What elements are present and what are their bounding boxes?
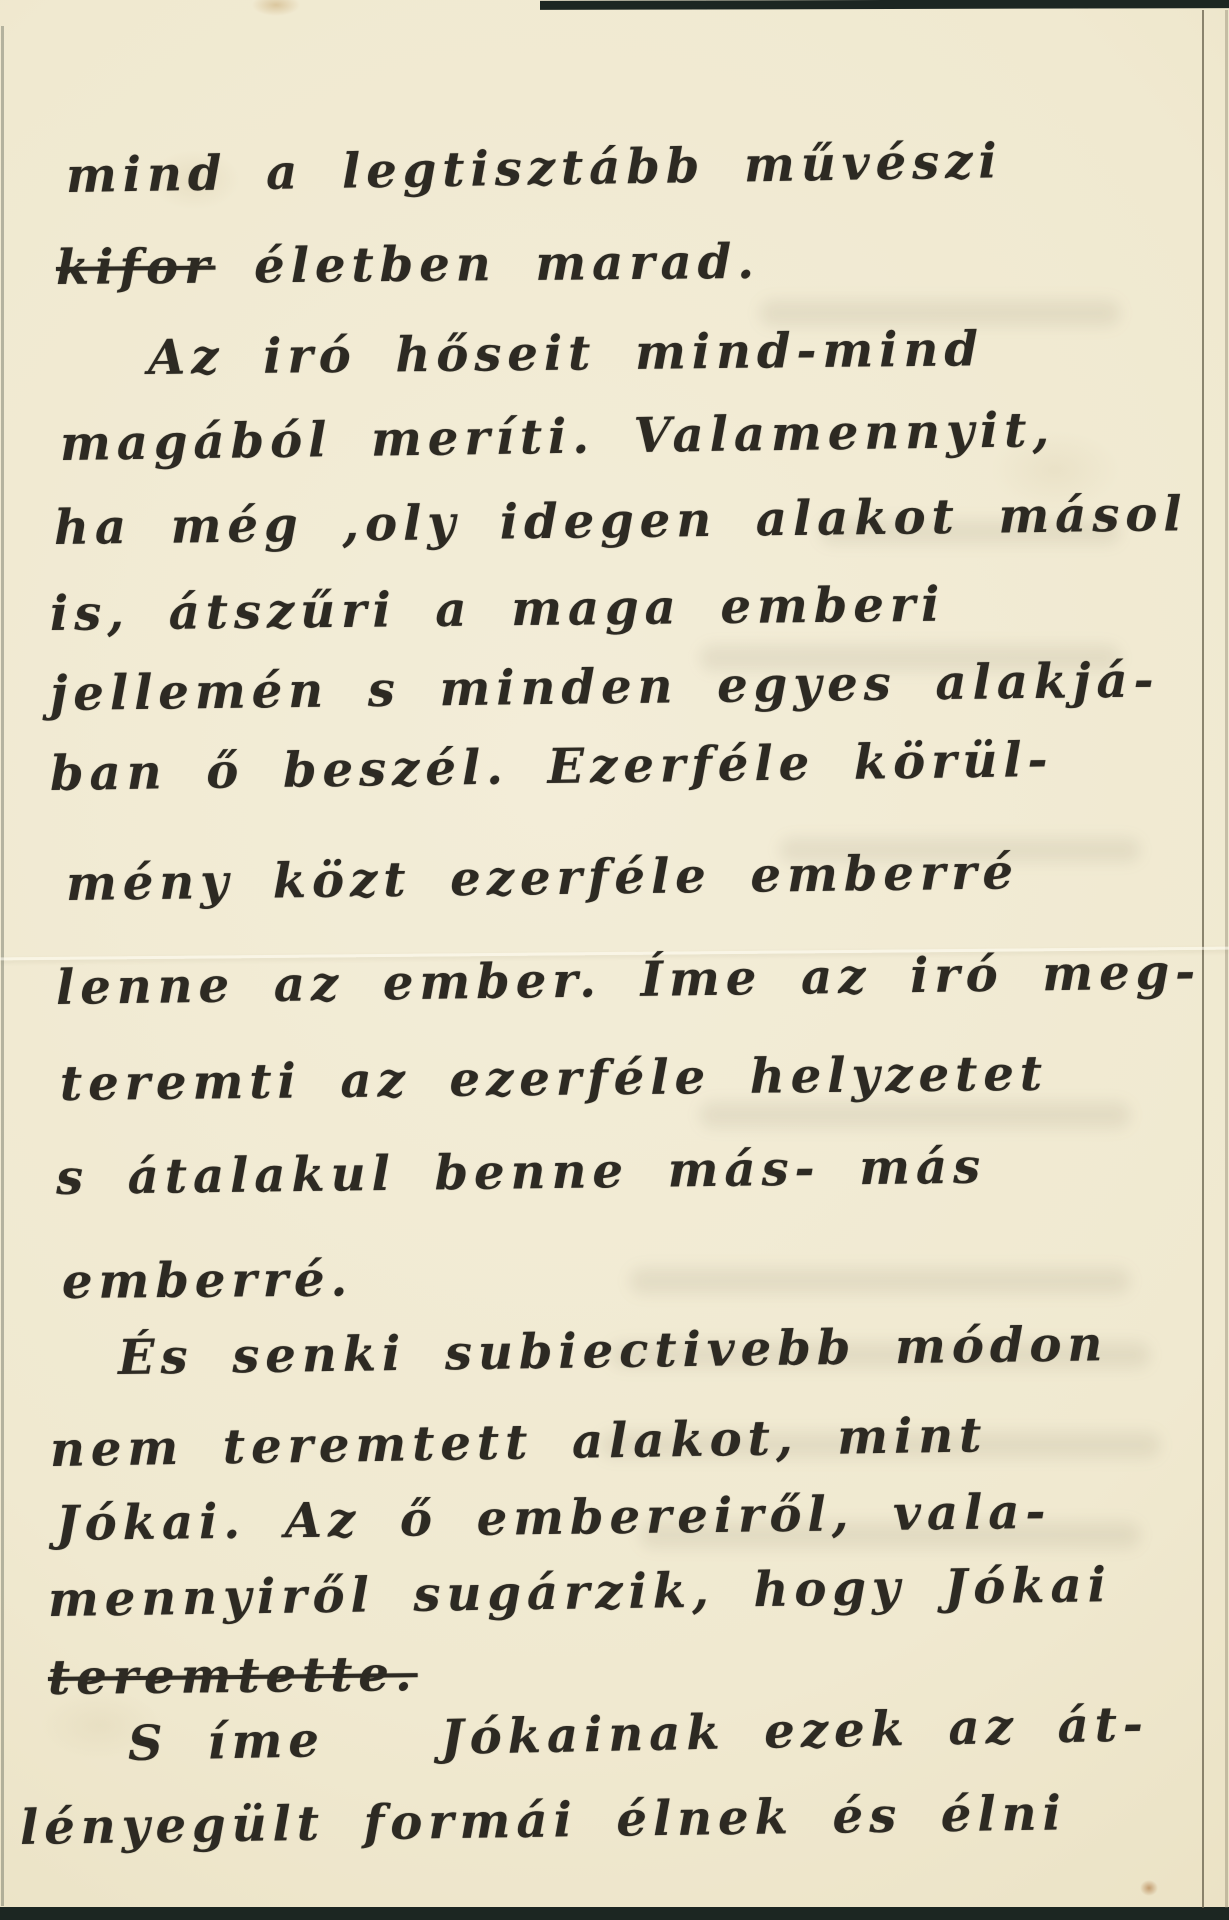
line-text: mind a legtisztább művészi [66, 133, 1004, 204]
handwritten-line: mennyiről sugárzik, hogy Jókai [48, 1559, 1113, 1627]
handwritten-line: nem teremtett alakot, mint [50, 1409, 988, 1477]
handwritten-line: ban ő beszél. Ezerféle körül- [50, 734, 1054, 801]
line-text: is, átszűri a maga emberi [50, 577, 946, 642]
stain [1140, 1880, 1158, 1896]
handwritten-line: magából meríti. Valamennyit, [60, 404, 1056, 471]
line-text: ha még ,oly idegen alakot másol [54, 486, 1188, 556]
struck-word: teremtette. [48, 1646, 418, 1706]
handwritten-line: teremti az ezerféle helyzetet [60, 1048, 1049, 1111]
line-text: lényegült formái élnek és élni [20, 1785, 1068, 1856]
handwritten-line: kifor életben marad. [56, 236, 760, 295]
struck-word: kifor [56, 239, 216, 296]
line-text: jellemén s minden egyes alakjá- [50, 652, 1160, 722]
line-text: mennyiről sugárzik, hogy Jókai [48, 1557, 1113, 1628]
manuscript-page: mind a legtisztább művészi kifor életben… [0, 0, 1229, 1920]
line-text: nem teremtett alakot, mint [50, 1407, 988, 1478]
backing-board-top-edge [540, 0, 1229, 10]
line-text: mény közt ezerféle emberré [66, 844, 1020, 912]
line-text: s átalakul benne más- más [56, 1139, 987, 1206]
line-text: ban ő beszél. Ezerféle körül- [50, 732, 1054, 802]
handwritten-line: mind a legtisztább művészi [66, 135, 1003, 203]
handwritten-line: ha még ,oly idegen alakot másol [54, 488, 1188, 555]
handwritten-line: is, átszűri a maga emberi [50, 579, 946, 641]
line-text: emberré. [62, 1251, 354, 1310]
handwritten-line: teremtette. [48, 1648, 418, 1705]
handwritten-line: emberré. [62, 1253, 354, 1308]
next-sheet-edge-line-outer [1225, 10, 1228, 1908]
handwritten-line: mény közt ezerféle emberré [66, 846, 1020, 910]
handwritten-line: lényegült formái élnek és élni [20, 1787, 1067, 1854]
handwritten-line: Jókai. Az ő embereiről, vala- [56, 1486, 1052, 1551]
next-sheet-edge-line [1202, 10, 1204, 1908]
handwritten-line: jellemén s minden egyes alakjá- [50, 654, 1160, 720]
handwritten-line: S íme Jókainak ezek az át- [127, 1698, 1149, 1770]
line-text: teremti az ezerféle helyzetet [60, 1046, 1049, 1112]
line-text: És senki subiectivebb módon [118, 1316, 1109, 1386]
verso-show-through [700, 1102, 1130, 1128]
paper-left-edge-shadow [1, 26, 4, 1906]
line-text: Az iró hőseit mind-mind [148, 321, 984, 386]
line-text: magából meríti. Valamennyit, [60, 402, 1056, 472]
stain [252, 0, 300, 16]
line-text: életben marad. [215, 234, 760, 295]
line-text: S íme Jókainak ezek az át- [127, 1696, 1149, 1772]
verso-show-through [630, 1268, 1130, 1294]
handwritten-line: s átalakul benne más- más [56, 1141, 987, 1205]
backing-board-bottom-edge [0, 1907, 1229, 1920]
handwritten-line: És senki subiectivebb módon [118, 1318, 1109, 1385]
handwritten-line: Az iró hőseit mind-mind [148, 323, 984, 385]
